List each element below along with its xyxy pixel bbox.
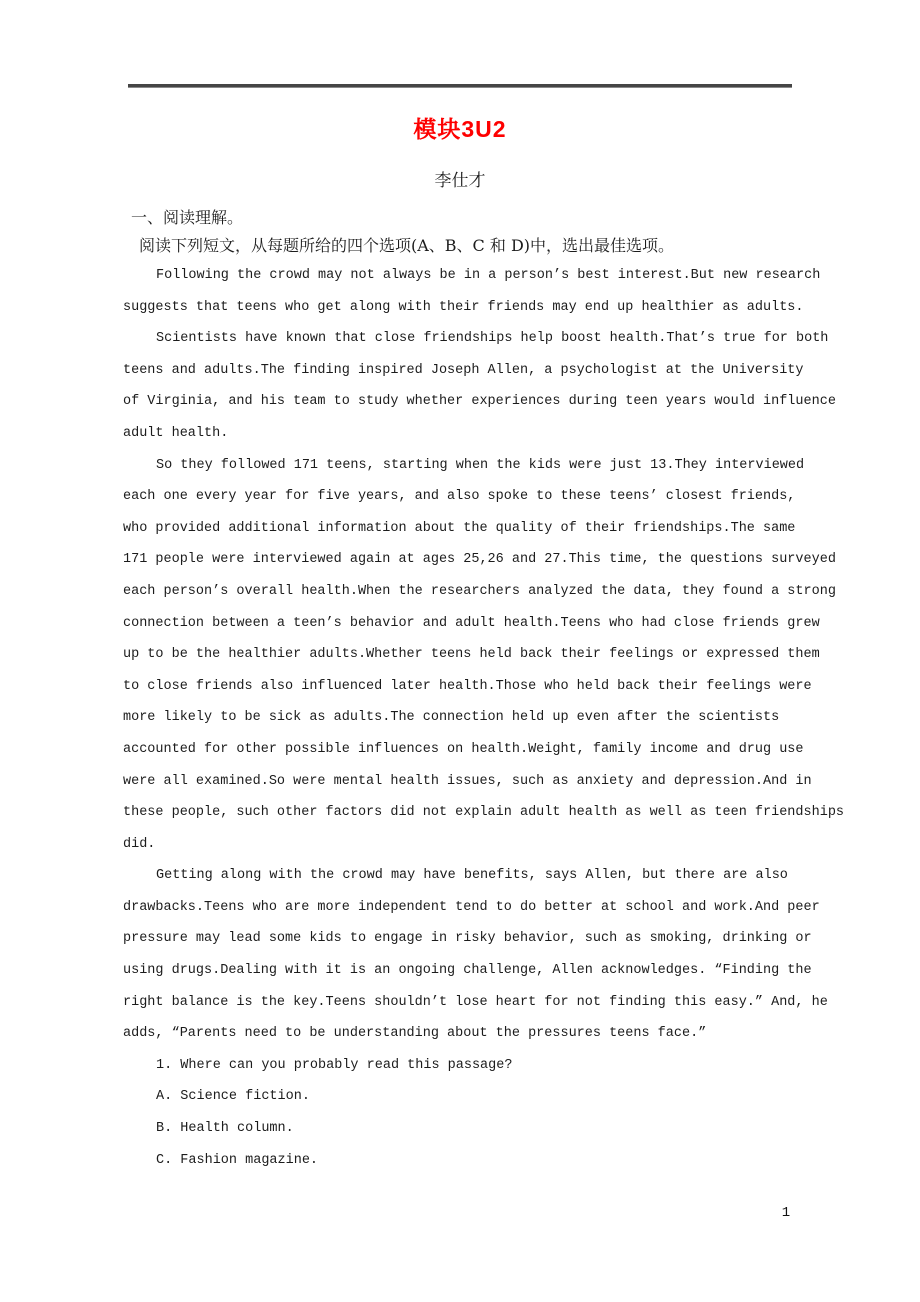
passage-paragraph-3: So they followed 171 teens, starting whe… [123,450,855,861]
page-title: 模块3U2 [0,111,920,144]
section-heading: 一、阅读理解。 [123,204,855,232]
document-page: 模块3U2 李仕才 一、阅读理解。 阅读下列短文，从每题所给的四个选项(A、B、… [0,0,920,1302]
passage-paragraph-2: Scientists have known that close friends… [123,323,855,449]
passage-paragraph-4: Getting along with the crowd may have be… [123,860,855,1050]
question-1-option-c: C. Fashion magazine. [123,1145,855,1177]
section-directions: 阅读下列短文，从每题所给的四个选项(A、B、C 和 D)中，选出最佳选项。 [123,232,855,260]
document-body: 一、阅读理解。 阅读下列短文，从每题所给的四个选项(A、B、C 和 D)中，选出… [123,204,855,1176]
page-number: 1 [776,1205,796,1221]
question-1-prompt: 1. Where can you probably read this pass… [123,1050,855,1082]
passage-paragraph-1: Following the crowd may not always be in… [123,260,855,323]
question-1-option-b: B. Health column. [123,1113,855,1145]
author-name: 李仕才 [0,166,920,191]
header-rule [128,84,792,88]
question-1-option-a: A. Science fiction. [123,1081,855,1113]
